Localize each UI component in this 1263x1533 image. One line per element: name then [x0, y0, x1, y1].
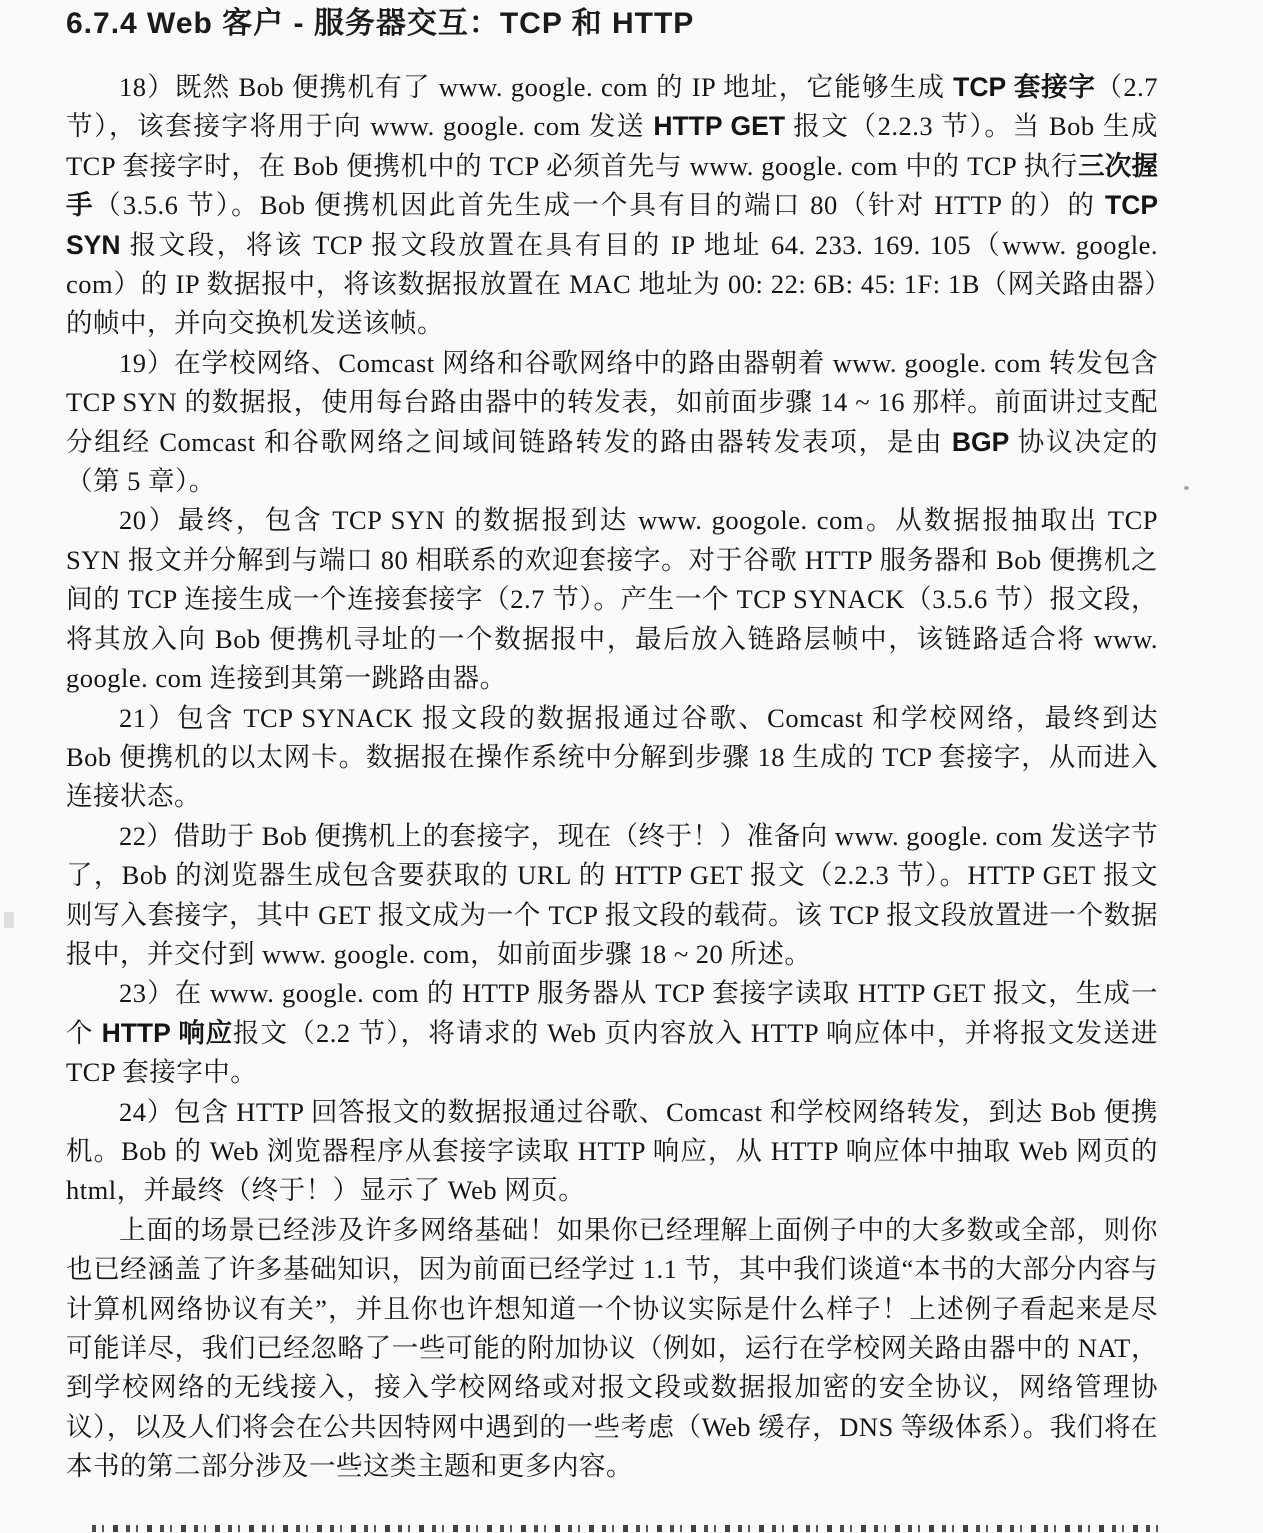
scan-smudge [4, 912, 14, 928]
text-run: 24）包含 HTTP 回答报文的数据报通过谷歌、Comcast 和学校网络转发，… [66, 1097, 1158, 1206]
key-term-bold: BGP [952, 427, 1009, 457]
section-heading: 6.7.4 Web 客户 - 服务器交互：TCP 和 HTTP [66, 6, 1158, 42]
paragraph: 上面的场景已经涉及许多网络基础！如果你已经理解上面例子中的大多数或全部，则你也已… [66, 1211, 1158, 1487]
paragraph: 19）在学校网络、Comcast 网络和谷歌网络中的路由器朝着 www. goo… [66, 344, 1158, 502]
text-run: 18）既然 Bob 便携机有了 www. google. com 的 IP 地址… [119, 72, 953, 102]
key-term-bold: TCP 套接字 [953, 72, 1095, 102]
paragraph: 24）包含 HTTP 回答报文的数据报通过谷歌、Comcast 和学校网络转发，… [66, 1093, 1158, 1211]
key-term-bold: HTTP GET [653, 111, 785, 141]
text-run: 上面的场景已经涉及许多网络基础！如果你已经理解上面例子中的大多数或全部，则你也已… [66, 1215, 1158, 1481]
text-run: （3.5.6 节）。Bob 便携机因此首先生成一个具有目的端口 80（针对 HT… [94, 190, 1105, 220]
text-run: 21）包含 TCP SYNACK 报文段的数据报通过谷歌、Comcast 和学校… [66, 703, 1158, 812]
key-term-bold: HTTP 响应 [102, 1018, 233, 1048]
paragraph: 20）最终，包含 TCP SYN 的数据报到达 www. googole. co… [66, 501, 1158, 698]
paragraph: 22）借助于 Bob 便携机上的套接字，现在（终于！）准备向 www. goog… [66, 817, 1158, 975]
text-run: 20）最终，包含 TCP SYN 的数据报到达 www. googole. co… [66, 505, 1158, 693]
body-text: 18）既然 Bob 便携机有了 www. google. com 的 IP 地址… [66, 68, 1158, 1487]
paragraph: 21）包含 TCP SYNACK 报文段的数据报通过谷歌、Comcast 和学校… [66, 699, 1158, 817]
clipped-next-line-top [92, 1525, 1159, 1532]
text-run: 22）借助于 Bob 便携机上的套接字，现在（终于！）准备向 www. goog… [66, 821, 1158, 969]
scan-speck [1184, 486, 1189, 490]
paragraph: 23）在 www. google. com 的 HTTP 服务器从 TCP 套接… [66, 974, 1158, 1092]
paragraph: 18）既然 Bob 便携机有了 www. google. com 的 IP 地址… [66, 68, 1158, 344]
book-page: 6.7.4 Web 客户 - 服务器交互：TCP 和 HTTP 18）既然 Bo… [66, 6, 1158, 1487]
text-run: 报文段，将该 TCP 报文段放置在具有目的 IP 地址 64. 233. 169… [66, 230, 1158, 339]
